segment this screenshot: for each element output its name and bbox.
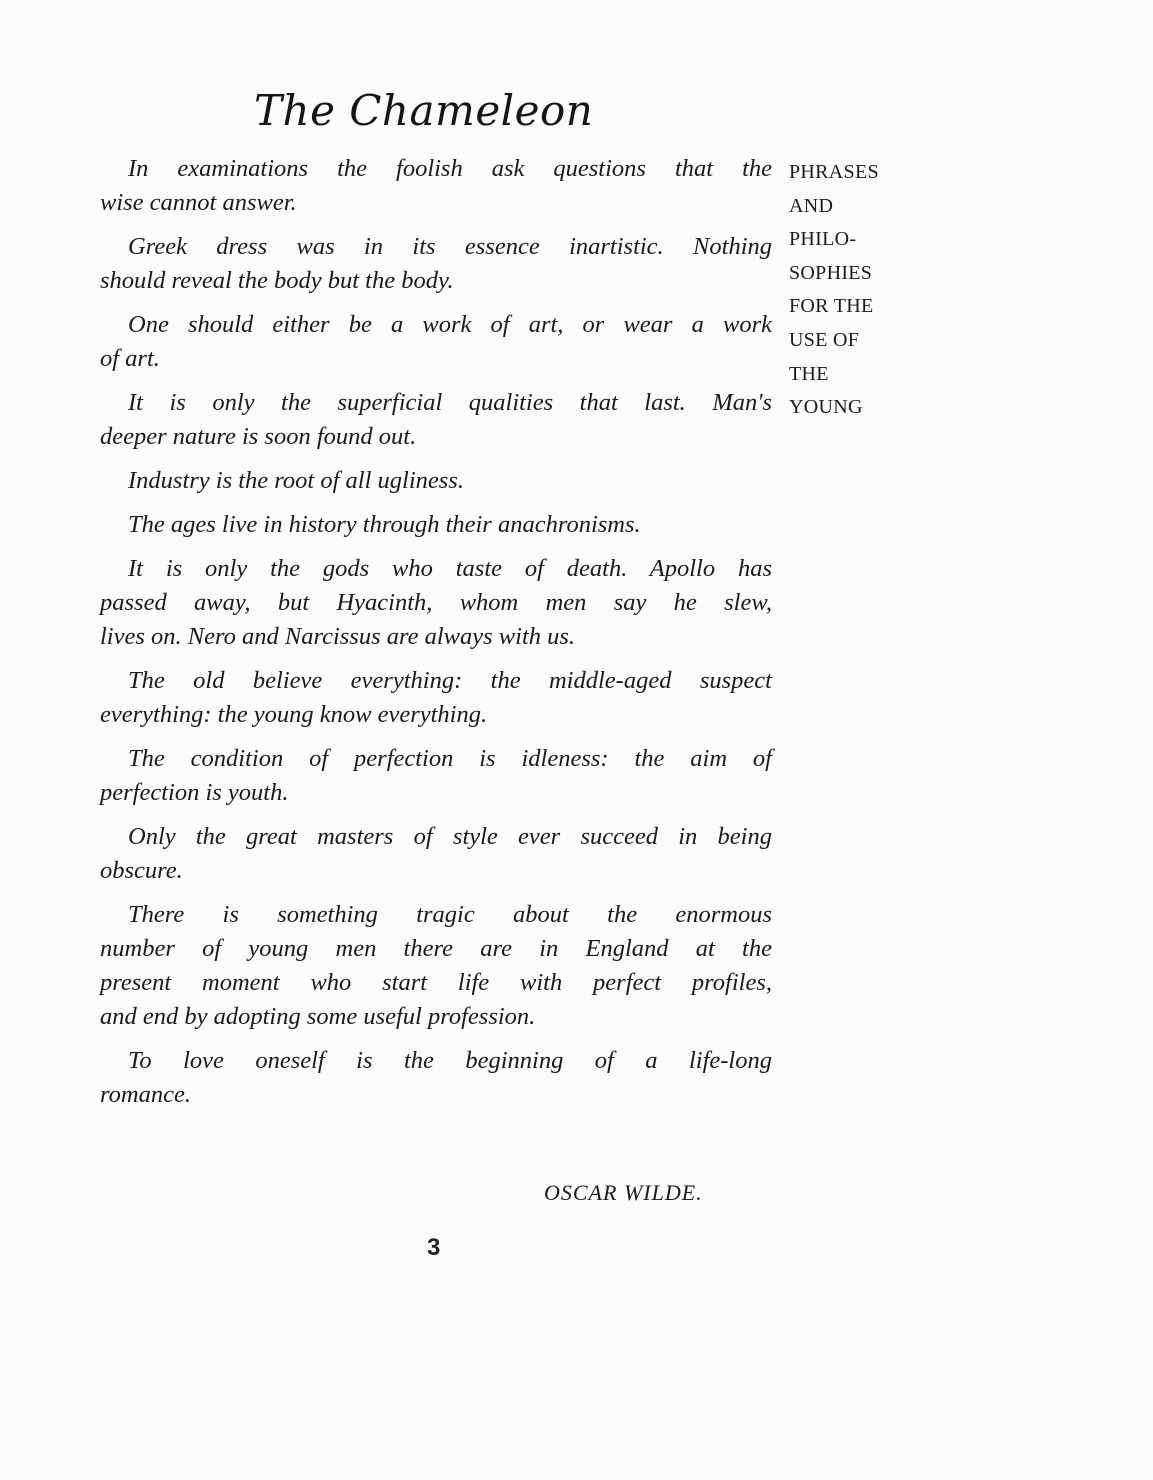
aphorism-line: wise cannot answer. (100, 186, 772, 220)
aphorism: Only the great masters of style ever suc… (100, 820, 772, 888)
aphorism-line: perfection is youth. (100, 776, 772, 810)
aphorism-line: It is only the gods who taste of death. … (100, 552, 772, 586)
aphorism-line: Only the great masters of style ever suc… (100, 820, 772, 854)
aphorism: One should either be a work of art, or w… (100, 308, 772, 376)
aphorism-line: and end by adopting some useful professi… (100, 1000, 772, 1034)
aphorism-line: everything: the young know everything. (100, 698, 772, 732)
aphorism-line: One should either be a work of art, or w… (100, 308, 772, 342)
aphorism: In examinations the foolish ask question… (100, 152, 772, 220)
aphorism-line: Greek dress was in its essence inartisti… (100, 230, 772, 264)
aphorism-line: should reveal the body but the body. (100, 264, 772, 298)
aphorism: The old believe everything: the middle-a… (100, 664, 772, 732)
sidenote-line: YOUNG (789, 391, 879, 425)
aphorism: There is something tragic about the enor… (100, 898, 772, 1034)
sidenote-line: SOPHIES (789, 257, 879, 291)
aphorism: It is only the gods who taste of death. … (100, 552, 772, 654)
aphorism: It is only the superficial qualities tha… (100, 386, 772, 454)
aphorism-line: In examinations the foolish ask question… (100, 152, 772, 186)
aphorism-line: Industry is the root of all ugliness. (100, 464, 772, 498)
aphorism-line: lives on. Nero and Narcissus are always … (100, 620, 772, 654)
aphorism-line: To love oneself is the beginning of a li… (100, 1044, 772, 1078)
aphorism-line: romance. (100, 1078, 772, 1112)
aphorism: The ages live in history through their a… (100, 508, 772, 542)
sidenote-line: USE OF (789, 324, 879, 358)
sidenote-line: THE (789, 358, 879, 392)
aphorism-line: The condition of perfection is idleness:… (100, 742, 772, 776)
sidenote: PHRASES AND PHILO- SOPHIES FOR THE USE O… (789, 156, 879, 425)
aphorism-line: deeper nature is soon found out. (100, 420, 772, 454)
aphorism-line: The old believe everything: the middle-a… (100, 664, 772, 698)
sidenote-line: FOR THE (789, 290, 879, 324)
aphorism-list: In examinations the foolish ask question… (100, 152, 772, 1122)
page-number: 3 (427, 1234, 440, 1262)
aphorism-line: number of young men there are in England… (100, 932, 772, 966)
aphorism: To love oneself is the beginning of a li… (100, 1044, 772, 1112)
aphorism-line: obscure. (100, 854, 772, 888)
aphorism: Industry is the root of all ugliness. (100, 464, 772, 498)
aphorism-line: passed away, but Hyacinth, whom men say … (100, 586, 772, 620)
page-title: The Chameleon (254, 86, 593, 135)
aphorism-line: present moment who start life with perfe… (100, 966, 772, 1000)
author-signature: OSCAR WILDE. (544, 1180, 703, 1206)
aphorism-line: of art. (100, 342, 772, 376)
sidenote-line: PHRASES (789, 156, 879, 190)
aphorism: The condition of perfection is idleness:… (100, 742, 772, 810)
aphorism-line: It is only the superficial qualities tha… (100, 386, 772, 420)
sidenote-line: PHILO- (789, 223, 879, 257)
aphorism: Greek dress was in its essence inartisti… (100, 230, 772, 298)
sidenote-line: AND (789, 190, 879, 224)
aphorism-line: There is something tragic about the enor… (100, 898, 772, 932)
aphorism-line: The ages live in history through their a… (100, 508, 772, 542)
